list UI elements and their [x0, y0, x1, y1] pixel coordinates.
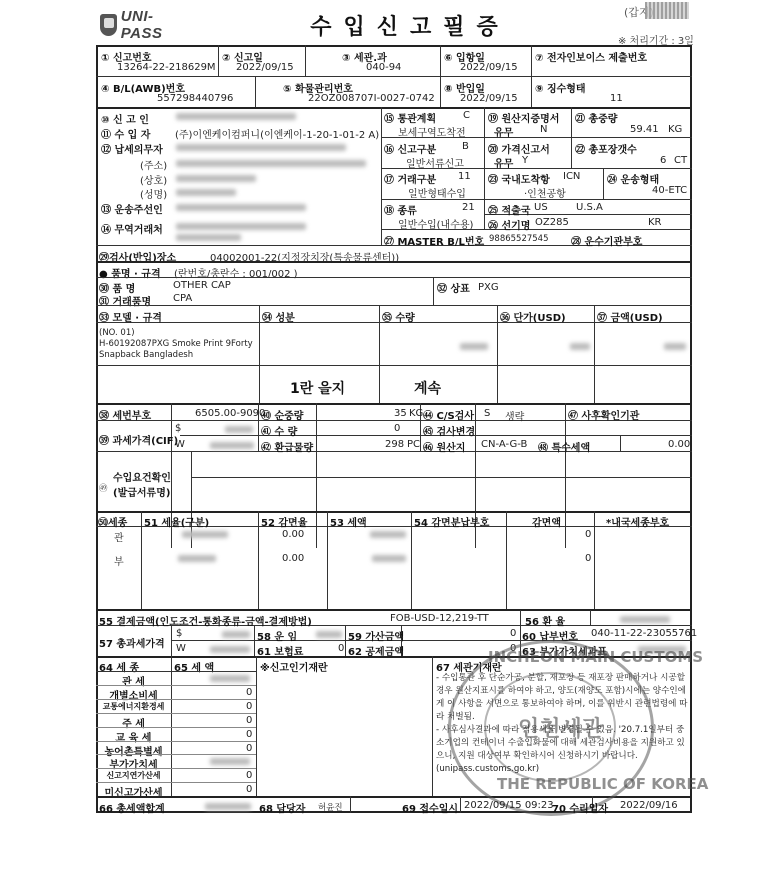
hs-code-value: 6505.00-9090: [195, 408, 265, 419]
post-check-label: ㊼ 사후확인기관: [568, 407, 639, 422]
col-amount: ㊲ 금액(USD): [597, 309, 663, 324]
cs-inspection-code: S: [484, 408, 490, 419]
transport-mode-label: ㉔ 운송형태: [607, 171, 659, 186]
tax-summary-value: 0: [246, 770, 252, 781]
origin-label: ㊻ 원산지: [423, 439, 465, 454]
trade-type-code: 11: [458, 171, 471, 182]
krw-sign: W: [175, 439, 185, 450]
vessel-label: ㉖ 선기명: [488, 217, 530, 232]
shield-icon: [100, 14, 117, 36]
decl-type-value: 일반서류신고: [406, 155, 464, 170]
packages-label: ㉒ 총포장갯수: [575, 141, 637, 156]
origin-cert-value: N: [540, 124, 547, 135]
importer-label: ⑪ 수 입 자: [101, 126, 150, 141]
payment-amount-label: 55 결제금액(인도조건-통화종류-금액-결제방법): [99, 613, 312, 628]
tax-summary-value: 0: [246, 701, 252, 712]
master-bl-value: 98865527545: [489, 234, 549, 244]
origin-value: CN-A-G-B: [481, 439, 527, 450]
collection-type-value: 11: [610, 93, 623, 104]
accepted-label: 70 수리일자: [552, 800, 608, 815]
refund-qty-value: 298: [385, 439, 404, 450]
carrier-code-label: ㉘ 운수기관부호: [571, 233, 642, 248]
kind-value: 일반수입(내수용): [398, 216, 473, 231]
gross-weight-value: 59.41: [630, 124, 659, 135]
received-value: 2022/09/15 09:23: [464, 800, 554, 811]
address-label: (주소): [140, 157, 167, 172]
cargo-no-value: 22OZ008707I-0027-0742: [308, 93, 435, 104]
requirement-sub-label: (발급서류명): [113, 484, 170, 499]
officer-value: 허윤진: [318, 801, 343, 813]
exchange-rate-label: 56 환 율: [525, 613, 565, 628]
barcode-icon: [645, 2, 689, 19]
tax-summary-name: 신고지연가산세: [96, 770, 171, 781]
tax-row-1-reduction-rate: 0.00: [282, 529, 304, 540]
refund-qty-unit: PC: [407, 439, 420, 450]
company-label: (상호): [140, 172, 167, 187]
tax-row-2-type: 부: [114, 553, 124, 568]
arrival-date-value: 2022/09/15: [460, 62, 518, 73]
cs-inspection-label: ㊹ C/S검사: [423, 407, 474, 422]
net-weight-label: ㊵ 순중량: [261, 407, 303, 422]
unipass-logo: UNI-PASS: [100, 12, 190, 38]
brand-value: PXG: [478, 282, 499, 293]
model-line-1: (NO. 01): [99, 328, 135, 338]
decl-type-label: ⑯ 신고구분: [384, 141, 436, 156]
trade-type-value: 일반형태수입: [408, 185, 466, 200]
kind-label: ⑱ 종류: [384, 202, 417, 217]
stamp-center-text: 인천세관: [518, 712, 603, 743]
col-quantity: ㉟ 수량: [382, 309, 415, 324]
gross-weight-unit: KG: [668, 124, 682, 135]
qty-value: 0: [394, 423, 400, 434]
bl-no-value: 557298440796: [157, 93, 233, 104]
tax-col-amount: 53 세액: [330, 514, 367, 529]
clearance-plan-label: ⑮ 통관계획: [384, 110, 436, 125]
tax-summary-value: 0: [246, 784, 252, 795]
declarant-remarks-label: ※신고인기재란: [260, 659, 328, 674]
taxable-value-label: ㊴ 과세가격(CIF): [99, 432, 178, 447]
tax-col-rate: 51 세율(구분): [144, 514, 209, 529]
requirement-label: 수입요건확인: [113, 469, 171, 484]
trade-name-value: CPA: [173, 293, 192, 304]
tax-col-internal-code: *내국세종부호: [606, 514, 669, 529]
collection-type-label: ⑨ 징수형태: [535, 80, 586, 95]
entry-date-value: 2022/09/15: [460, 93, 518, 104]
importer-value: (주)이엔케이컴퍼니(이엔케이-1-20-1-01-2 A): [175, 126, 379, 141]
declarant-label: ⑩ 신 고 인: [101, 111, 149, 126]
tax-col-type: ㊿세종: [98, 514, 127, 529]
export-country-value: U.S.A: [576, 202, 603, 213]
requirement-number: ㊾: [99, 482, 108, 494]
declaration-date-value: 2022/09/15: [236, 62, 294, 73]
hs-code-label: ㊳ 세번부호: [99, 407, 151, 422]
total-taxable-krw-sign: W: [176, 643, 186, 654]
taxpayer-label: ⑫ 납세의무자: [101, 141, 163, 156]
packages-value: 6: [660, 155, 666, 166]
model-line-3: Snapback Bangladesh: [99, 350, 193, 360]
net-weight-unit: KG: [409, 408, 423, 419]
continued-sheet-2: 계속: [414, 378, 441, 398]
accepted-value: 2022/09/16: [620, 800, 678, 811]
tax-summary-value: 0: [246, 687, 252, 698]
kind-code: 21: [462, 202, 475, 213]
export-country-label: ㉕ 적출국: [488, 202, 530, 217]
refund-qty-label: ㊷ 환급물량: [261, 439, 313, 454]
item-name-value: OTHER CAP: [173, 280, 231, 291]
forwarder-label: ⑬ 운송주선인: [101, 201, 163, 216]
customs-office-value: 040-94: [366, 62, 401, 73]
col-model: ㉝ 모델 · 규격: [99, 309, 162, 324]
total-taxable-usd-sign: $: [176, 628, 182, 639]
payment-amount-value: FOB-USD-12,219-TT: [390, 613, 489, 624]
vessel-code: OZ285: [535, 217, 569, 228]
tax-summary-value: 0: [246, 743, 252, 754]
tax-summary-value: 0: [246, 715, 252, 726]
tax-row-1-reduction-amount: 0: [585, 529, 591, 540]
brand-label: ㉜ 상표: [437, 280, 470, 295]
tax-row-2-reduction-amount: 0: [585, 553, 591, 564]
packages-unit: CT: [674, 155, 687, 166]
arrival-port-label: ㉓ 국내도착항: [488, 171, 550, 186]
continued-sheet-1: 1란 을지: [290, 378, 345, 398]
model-line-2: H-60192087PXG Smoke Print 9Forty: [99, 339, 253, 349]
clearance-plan-code: C: [463, 110, 470, 121]
added-amount-label: 59 가산금액: [348, 628, 404, 643]
tax-col-reduction-amount: 감면액: [532, 514, 561, 529]
transport-mode-value: 40-ETC: [652, 185, 687, 196]
trade-type-label: ⑰ 거래구분: [384, 171, 436, 186]
trader-label: ⑭ 무역거래처: [101, 221, 163, 236]
net-weight-value: 35: [394, 408, 407, 419]
master-bl-label: ㉗ MASTER B/L번호: [384, 233, 484, 248]
document-title: 수입신고필증: [290, 10, 530, 41]
added-amount-value: 0: [510, 628, 516, 639]
logo-text: UNI-PASS: [121, 8, 190, 42]
officer-label: 68 담당자: [259, 800, 305, 815]
total-taxable-label: 57 총과세가격: [99, 635, 165, 650]
cs-inspection-value: 생략: [505, 408, 524, 423]
payment-no-value: 040-11-22-23055761: [591, 628, 697, 639]
decl-type-code: B: [462, 141, 469, 152]
origin-cert-label: ⑲ 원산지증명서: [488, 110, 559, 125]
arrival-port-code: ICN: [563, 171, 580, 182]
price-decl-label: ⑳ 가격신고서: [488, 141, 550, 156]
qty-label: ㊶ 수 량: [261, 423, 297, 438]
stamp-bottom-text: THE REPUBLIC OF KOREA: [497, 775, 708, 793]
tax-summary-name: 교통에너지환경세: [96, 701, 171, 712]
tax-row-2-reduction-rate: 0.00: [282, 553, 304, 564]
name-label: (성명): [140, 186, 167, 201]
price-decl-value: Y: [522, 155, 528, 166]
clearance-plan-value: 보세구역도착전: [398, 124, 466, 139]
usd-sign: $: [175, 423, 181, 434]
tax-col-reduction-rate: 52 감면율: [261, 514, 307, 529]
stamp-top-text: INCHEON MAIN CUSTOMS: [488, 648, 703, 666]
price-decl-sub: 유무: [494, 155, 513, 170]
col-component: ㉞ 성분: [262, 309, 295, 324]
tax-row-1-type: 관: [114, 529, 124, 544]
inspection-change-label: ㊺ 검사변경: [423, 423, 475, 438]
gross-weight-label: ㉑ 총중량: [575, 110, 617, 125]
arrival-port-value: ·인천공항: [524, 185, 566, 200]
insurance-value: 0: [338, 643, 344, 654]
special-tax-value: 0.00: [668, 439, 690, 450]
declaration-no-value: 13264-22-218629M: [117, 62, 216, 73]
e-invoice-label: ⑦ 전자인보이스 제출번호: [535, 49, 647, 64]
freight-label: 58 운 임: [257, 628, 297, 643]
received-label: 69 접수일시: [402, 800, 458, 815]
vessel-value: KR: [648, 217, 662, 228]
total-tax-label: 66 총세액합계: [99, 800, 165, 815]
tax-summary-value: 0: [246, 729, 252, 740]
special-tax-label: ㊽ 특수세액: [538, 439, 590, 454]
origin-cert-sub: 유무: [494, 124, 513, 139]
export-country-code: US: [534, 202, 548, 213]
tax-col-reduction-code: 54 감면분납부호: [414, 514, 489, 529]
payment-no-label: 60 납부번호: [522, 628, 578, 643]
col-unit-price: ㊱ 단가(USD): [500, 309, 566, 324]
